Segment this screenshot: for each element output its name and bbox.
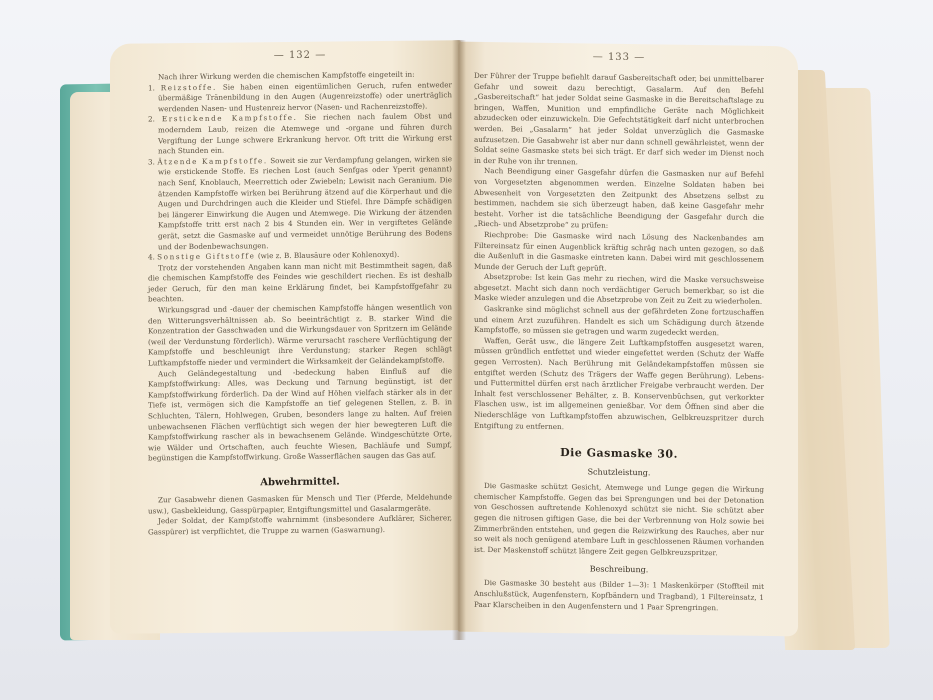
item-label: Erstickende Kampfstoffe. bbox=[162, 113, 298, 123]
section-heading-gasmaske: Die Gasmaske 30. bbox=[474, 445, 764, 462]
open-book-photo: — 132 — Nach ihrer Wirkung werden die ch… bbox=[0, 0, 933, 700]
subheading-schutzleistung: Schutzleistung. bbox=[474, 466, 764, 479]
subheading-beschreibung: Beschreibung. bbox=[474, 563, 764, 576]
body-paragraph: Die Gasmaske schützt Gesicht, Atemwege u… bbox=[474, 481, 764, 559]
body-paragraph: Trotz der vorstehenden Angaben kann man … bbox=[148, 260, 452, 306]
body-paragraph: Absetzprobe: Ist kein Gas mehr zu rieche… bbox=[474, 272, 764, 308]
body-paragraph: Waffen, Gerät usw., die längere Zeit Luf… bbox=[474, 336, 764, 435]
list-item: 2. Erstickende Kampfstoffe. Sie riechen … bbox=[148, 112, 452, 158]
list-item: 3. Ätzende Kampfstoffe. Soweit sie zur V… bbox=[148, 154, 452, 253]
body-paragraph: Riechprobe: Die Gasmaske wird nach Lösun… bbox=[474, 230, 764, 276]
left-page: — 132 — Nach ihrer Wirkung werden die ch… bbox=[110, 40, 462, 634]
section-heading-abwehrmittel: Abwehrmittel. bbox=[148, 475, 452, 489]
body-paragraph: Jeder Soldat, der Kampfstoffe wahrnimmt … bbox=[148, 513, 452, 537]
right-page: — 133 — Der Führer der Truppe befiehlt d… bbox=[458, 42, 798, 637]
book-gutter-shadow bbox=[452, 40, 466, 640]
body-paragraph: Der Führer der Truppe befiehlt darauf Ga… bbox=[474, 71, 764, 170]
body-paragraph: Wirkungsgrad und -dauer der chemischen K… bbox=[148, 302, 452, 369]
item-label: Sonstige Giftstoffe bbox=[157, 251, 255, 261]
body-paragraph: Gaskranke sind möglichst schnell aus der… bbox=[474, 304, 764, 340]
item-label: Ätzende Kampfstoffe. bbox=[157, 156, 267, 166]
page-number-left: — 132 — bbox=[148, 48, 452, 62]
item-label: Reizstoffe. bbox=[161, 82, 217, 92]
list-item: 1. Reizstoffe. Sie haben einen eigentüml… bbox=[148, 80, 452, 115]
body-paragraph: Nach Beendigung einer Gasgefahr dürfen d… bbox=[474, 166, 764, 234]
body-paragraph: Auch Geländegestaltung und -bedeckung ha… bbox=[148, 366, 452, 465]
body-paragraph: Die Gasmaske 30 besteht aus (Bilder 1—3)… bbox=[474, 578, 764, 614]
page-number-right: — 133 — bbox=[474, 50, 764, 65]
